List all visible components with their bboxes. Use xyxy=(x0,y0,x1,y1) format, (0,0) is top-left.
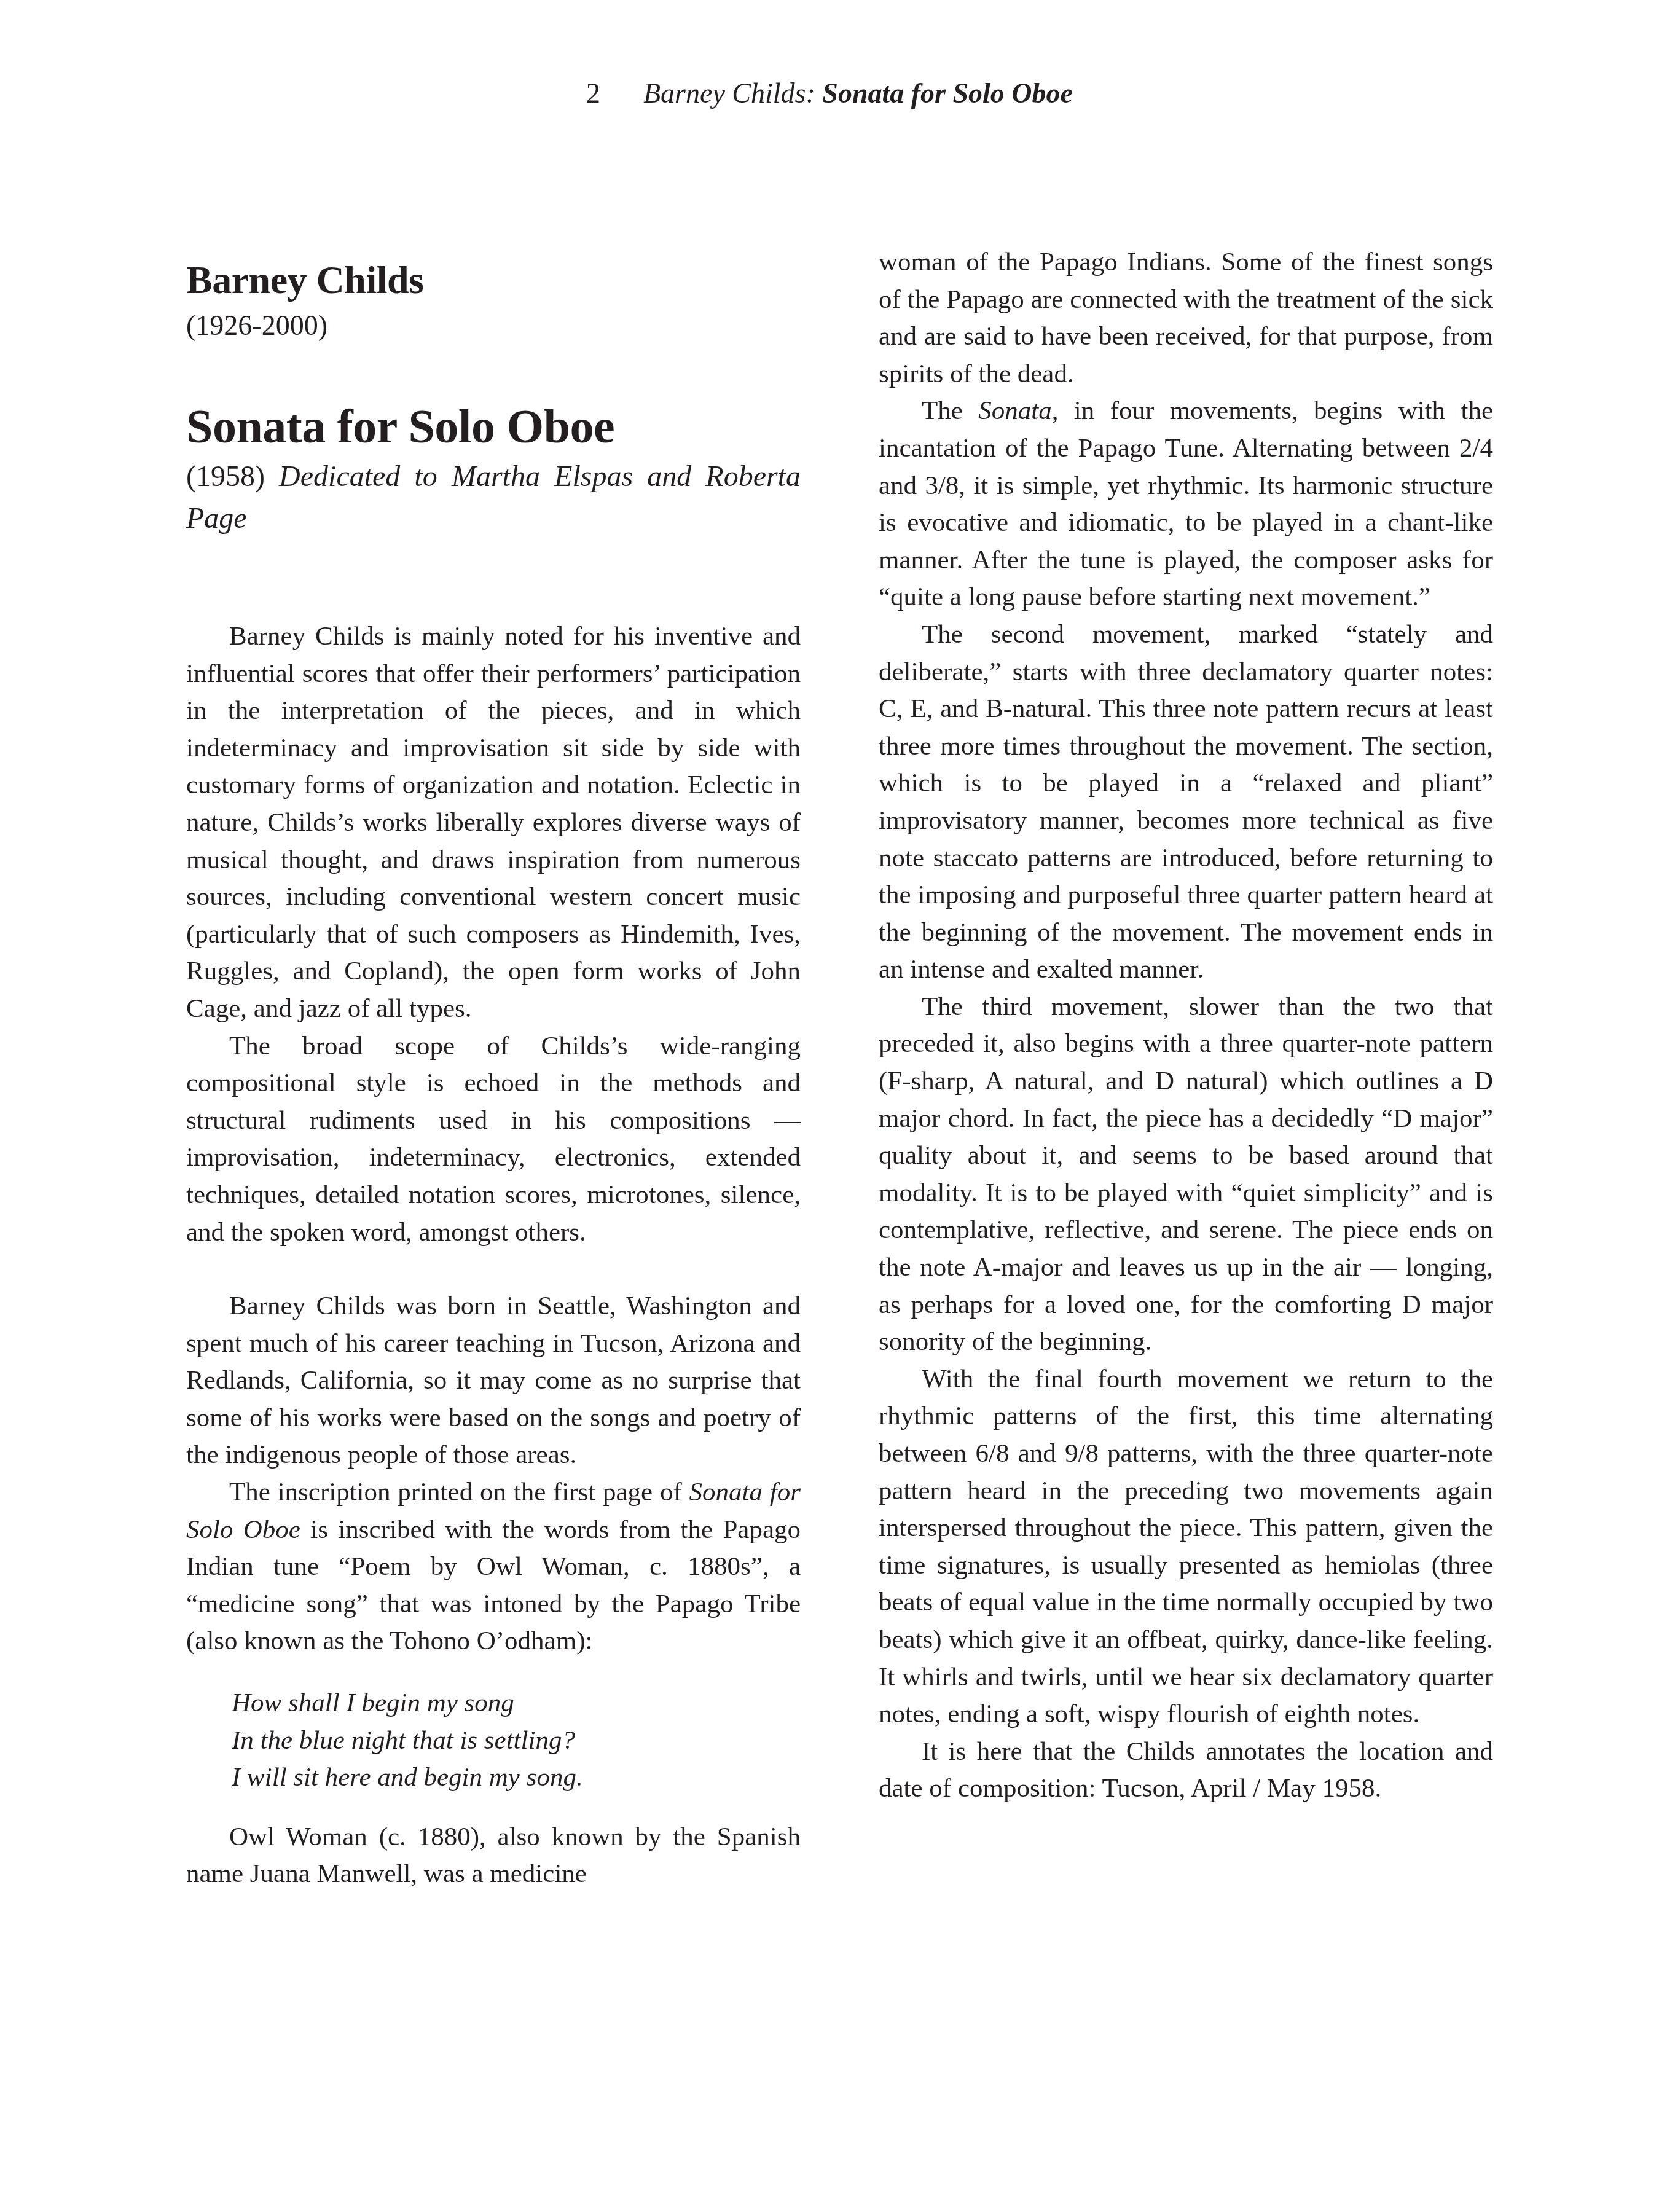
work-year: (1958) xyxy=(186,460,265,493)
inscription-text-prefix: The inscription printed on the first pag… xyxy=(229,1478,689,1507)
running-head-author: Barney Childs: xyxy=(643,77,822,109)
paragraph-composition-date: It is here that the Childs annotates the… xyxy=(879,1733,1493,1808)
page-number: 2 xyxy=(586,77,600,109)
composer-dates: (1926-2000) xyxy=(186,307,327,344)
paragraph-owl-woman: Owl Woman (c. 1880), also known by the S… xyxy=(186,1819,801,1893)
paragraph-inscription: The inscription printed on the first pag… xyxy=(186,1474,801,1660)
paragraph-intro: Barney Childs is mainly noted for his in… xyxy=(186,618,801,1028)
poem-spacer-top xyxy=(186,1660,801,1685)
paragraph-style: The broad scope of Childs’s wide-ranging… xyxy=(186,1028,801,1252)
work-dedication: Dedicated to Martha Elspas and Roberta P… xyxy=(186,460,801,535)
sonata-italic: Sonata xyxy=(978,396,1051,425)
work-title: Sonata for Solo Oboe xyxy=(186,398,614,455)
poem-line: How shall I begin my song xyxy=(232,1685,801,1722)
paragraph-biography: Barney Childs was born in Seattle, Washi… xyxy=(186,1288,801,1474)
paragraph-first-movement: The Sonata, in four movements, begins wi… xyxy=(879,393,1493,616)
running-head: 2Barney Childs: Sonata for Solo Oboe xyxy=(0,75,1659,112)
paragraph-fourth-movement: With the final fourth movement we return… xyxy=(879,1361,1493,1733)
first-movement-suffix: , in four movements, begins with the inc… xyxy=(879,396,1493,611)
paragraph-continued: woman of the Papago Indians. Some of the… xyxy=(879,244,1493,393)
poem-line: I will sit here and begin my song. xyxy=(232,1759,801,1797)
right-column: woman of the Papago Indians. Some of the… xyxy=(879,244,1493,1808)
poem-spacer-bottom xyxy=(186,1797,801,1819)
paragraph-second-movement: The second movement, marked “stately and… xyxy=(879,616,1493,989)
left-column: Barney Childs is mainly noted for his in… xyxy=(186,618,801,1893)
paragraph-spacer xyxy=(186,1251,801,1288)
poem-line: In the blue night that is settling? xyxy=(232,1722,801,1760)
poem-block: How shall I begin my song In the blue ni… xyxy=(186,1685,801,1797)
composer-name: Barney Childs xyxy=(186,257,423,304)
first-movement-prefix: The xyxy=(922,396,978,425)
running-head-work-title: Sonata for Solo Oboe xyxy=(822,77,1073,109)
work-subtitle: (1958) Dedicated to Martha Elspas and Ro… xyxy=(186,456,801,539)
paragraph-third-movement: The third movement, slower than the two … xyxy=(879,989,1493,1361)
